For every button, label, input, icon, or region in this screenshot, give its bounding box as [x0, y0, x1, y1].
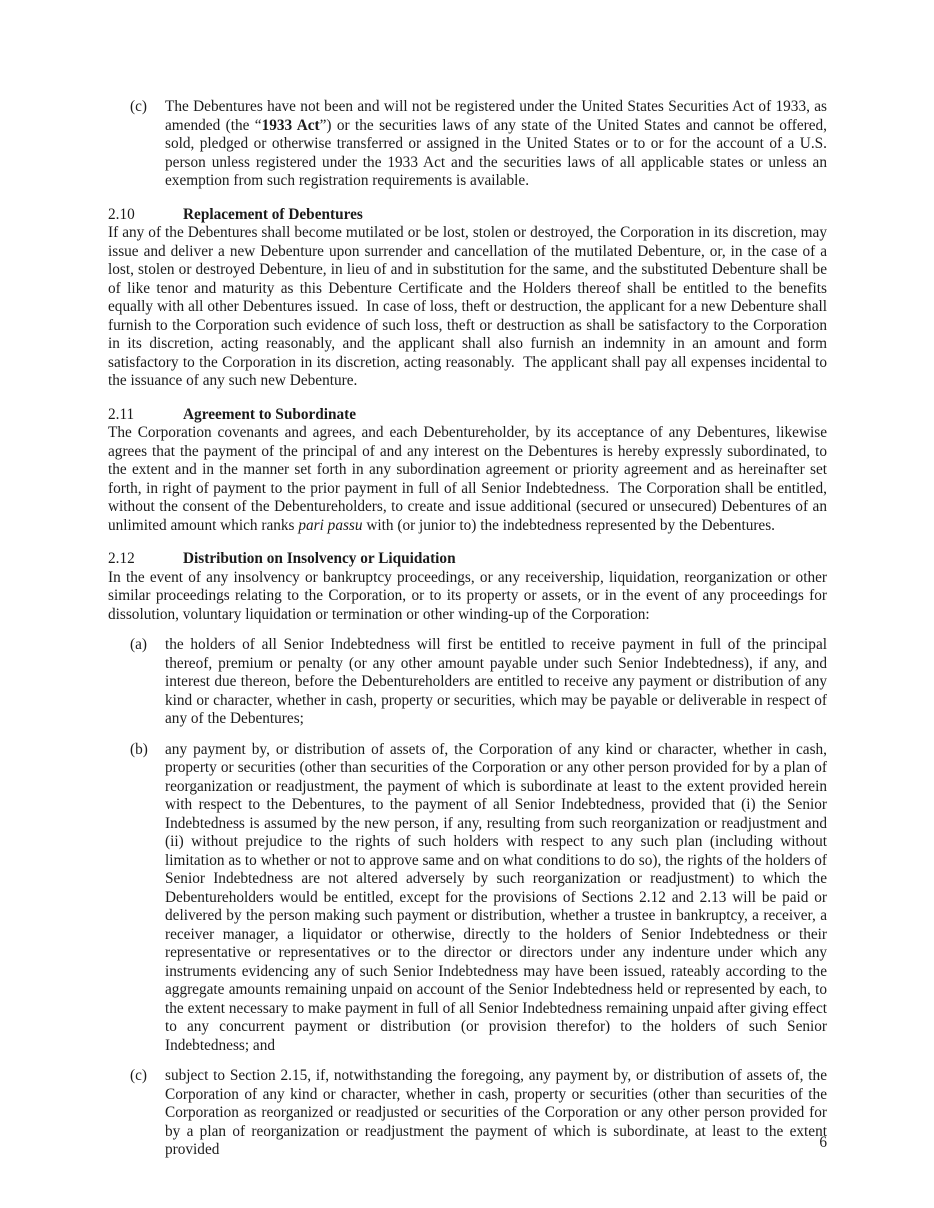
- section-2-11-body: The Corporation covenants and agrees, an…: [108, 424, 827, 535]
- section-number: 2.11: [108, 406, 183, 425]
- section-title: Distribution on Insolvency or Liquidatio…: [183, 550, 456, 569]
- list-item-label: (a): [130, 636, 165, 729]
- list-item-text: any payment by, or distribution of asset…: [165, 741, 827, 1056]
- list-item-a: (a) the holders of all Senior Indebtedne…: [108, 636, 827, 729]
- list-item-text: The Debentures have not been and will no…: [165, 98, 827, 191]
- list-item-c-intro: (c) The Debentures have not been and wil…: [108, 98, 827, 191]
- list-item-b: (b) any payment by, or distribution of a…: [108, 741, 827, 1056]
- list-item-label: (c): [130, 98, 165, 191]
- latin-term-pari-passu: pari passu: [298, 517, 362, 534]
- section-2-11-heading: 2.11 Agreement to Subordinate: [108, 406, 827, 425]
- section-2-10-heading: 2.10 Replacement of Debentures: [108, 206, 827, 225]
- section-number: 2.10: [108, 206, 183, 225]
- section-2-10-body: If any of the Debentures shall become mu…: [108, 224, 827, 391]
- body-after-italic: with (or junior to) the indebtedness rep…: [363, 517, 775, 534]
- page-number: 6: [819, 1134, 827, 1151]
- document-content: (c) The Debentures have not been and wil…: [108, 98, 827, 1160]
- section-2-12-body: In the event of any insolvency or bankru…: [108, 569, 827, 625]
- section-number: 2.12: [108, 550, 183, 569]
- list-item-text: the holders of all Senior Indebtedness w…: [165, 636, 827, 729]
- list-item-label: (b): [130, 741, 165, 1056]
- section-title: Agreement to Subordinate: [183, 406, 356, 425]
- page-footer: 6: [108, 1134, 827, 1153]
- document-page: (c) The Debentures have not been and wil…: [0, 0, 934, 1208]
- section-2-10: 2.10 Replacement of Debentures If any of…: [108, 206, 827, 391]
- section-title: Replacement of Debentures: [183, 206, 363, 225]
- section-2-12-heading: 2.12 Distribution on Insolvency or Liqui…: [108, 550, 827, 569]
- section-2-12: 2.12 Distribution on Insolvency or Liqui…: [108, 550, 827, 1160]
- section-2-11: 2.11 Agreement to Subordinate The Corpor…: [108, 406, 827, 536]
- defined-term-1933-act: 1933 Act: [262, 117, 320, 134]
